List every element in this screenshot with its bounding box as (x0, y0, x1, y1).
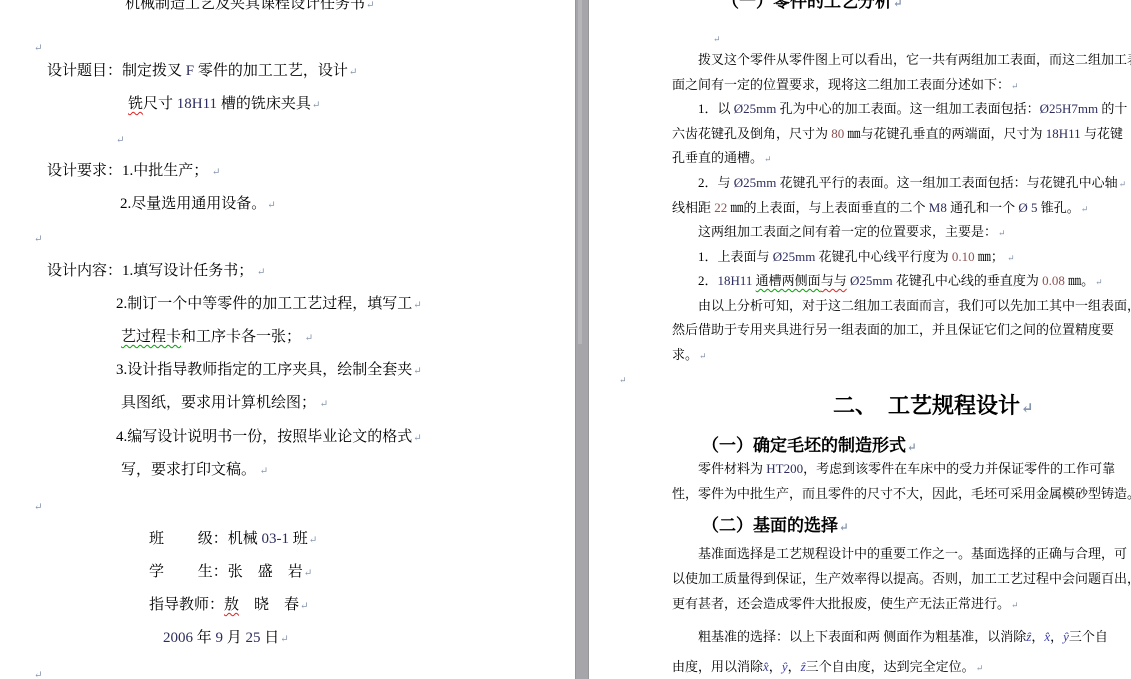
paragraph-mark-icon: ↵ (33, 502, 43, 513)
number-run: 22 (714, 200, 727, 215)
design-requirement-line-2[interactable]: 2.尽量选用通用设备。↵ (120, 195, 276, 213)
paragraph-mark-icon: ↵ (279, 634, 289, 645)
text-run: 年 (193, 630, 216, 646)
code-run: Ø25mm (734, 175, 777, 190)
text-run: 三个自 (1069, 629, 1108, 644)
code-run: 18H11 (718, 273, 753, 288)
spell-error-run: 与与 (821, 273, 847, 288)
paragraph-mark-icon: ↵ (906, 441, 917, 454)
paragraph-mark-icon: ↵ (266, 200, 276, 211)
section-heading-process-analysis[interactable]: （一）零件的工艺分析↵ (722, 0, 903, 12)
paragraph-mark-icon: ↵ (253, 267, 265, 278)
code-run: Ø25H7mm (1040, 101, 1099, 116)
text-run: 2．与 (698, 175, 734, 190)
text-run: 班 (289, 531, 308, 547)
text-run: 2.尽量选用通用设备。 (120, 196, 266, 212)
text-run: 槽的铣床夹具 (217, 96, 311, 112)
design-content-line-4[interactable]: 3.设计指导教师指定的工序夹具，绘制全套夹↵ (116, 361, 422, 379)
text-run: 花键孔中心线的垂直度为 (893, 273, 1043, 288)
paragraph-mark-icon: ↵ (1094, 277, 1102, 287)
text-run: 六齿花键孔及倒角，尺寸为 (672, 126, 831, 141)
text-run: 1．以 (698, 101, 734, 116)
design-topic-line-1[interactable]: 设计题目：制定拨叉 F 零件的加工工艺，设计↵ (47, 62, 357, 80)
text-run: 1．上表面与 (698, 249, 773, 264)
paragraph-mark-icon: ↵ (308, 535, 318, 546)
empty-paragraph[interactable]: ↵ (33, 38, 43, 56)
spell-error-run: 敖 (224, 597, 239, 613)
body-line[interactable]: 更有甚者，还会造成零件大批报废，使生产无法正常进行。↵ (672, 596, 1018, 612)
body-line[interactable]: 1．以 Ø25mm 孔为中心的加工表面。这一组加工表面包括：Ø25H7mm 的十 (698, 101, 1127, 117)
text-run: ㎜与花键孔垂直的两端面，尺寸为 (844, 126, 1046, 141)
text-run: 日 (261, 630, 280, 646)
text-run: 锥孔。 (1038, 200, 1080, 215)
text-run: 2.制订一个中等零件的加工工艺过程，填写工 (116, 296, 412, 312)
code-run: HT200 (766, 461, 803, 476)
paragraph-mark-icon: ↵ (892, 0, 903, 10)
body-line[interactable]: 这两组加工表面之间有着一定的位置要求，主要是：↵ (698, 224, 1005, 240)
code-run: 2006 (163, 630, 193, 646)
text-run: 零件材料为 (698, 461, 766, 476)
text-run: ㎜。 (1065, 273, 1094, 288)
paragraph-mark-icon: ↵ (1010, 600, 1018, 610)
advisor-line[interactable]: 指导教师：敖 晓 春↵ (149, 596, 309, 614)
text-run: 三个自由度，达到完全定位。 (806, 659, 975, 674)
body-line[interactable]: 2．18H11 通槽两侧面与与 Ø25mm 花键孔中心线的垂直度为 0.08 ㎜… (698, 273, 1103, 289)
paragraph-mark-icon: ↵ (33, 43, 43, 54)
design-content-line-2[interactable]: 2.制订一个中等零件的加工工艺过程，填写工↵ (116, 295, 422, 313)
page-left[interactable]: 机械制造工艺及夹具课程设计任务书↵ ↵ 设计题目：制定拨叉 F 零件的加工工艺，… (0, 0, 575, 679)
code-run: 25 (246, 630, 261, 646)
empty-paragraph[interactable]: ↵ (33, 229, 43, 247)
text-run: ， (769, 659, 782, 674)
design-content-line-5[interactable]: 具图纸，要求用计算机绘图； ↵ (121, 394, 328, 412)
paragraph-mark-icon: ↵ (412, 300, 422, 311)
text-run: 这两组加工表面之间有着一定的位置要求，主要是： (698, 224, 997, 239)
date-line[interactable]: 2006 年 9 月 25 日↵ (163, 629, 289, 647)
number-run: 0.08 (1042, 273, 1065, 288)
paragraph-mark-icon: ↵ (412, 433, 422, 444)
code-run: F (186, 63, 194, 79)
body-line[interactable]: 基准面选择是工艺规程设计中的重要工作之一。基面选择的正确与合理，可 (698, 546, 1127, 562)
page-gap-divider (575, 0, 589, 679)
text-run: 的十 (1098, 101, 1127, 116)
text-run: 尺寸 (143, 96, 177, 112)
paragraph-mark-icon: ↵ (1010, 81, 1018, 91)
text-run: 设计题目：制定拨叉 (47, 63, 186, 79)
paragraph-mark-icon: ↵ (256, 466, 268, 477)
text-run: 粗基准的选择：以上下表面和两 侧面作为粗基准，以消除 (698, 629, 1026, 644)
body-line[interactable]: 面之间有一定的位置要求，现将这二组加工表面分述如下：↵ (672, 77, 1018, 93)
number-run: 80 (831, 126, 844, 141)
empty-paragraph[interactable]: ↵ (33, 665, 43, 679)
body-line[interactable]: 性，零件为中批生产，而且零件的尺寸不大，因此，毛坯可采用金属模砂型铸造。↵ (672, 486, 1131, 502)
text-run: 由以上分析可知，对于这二组加工表面而言，我们可以先加工其中一组表面， (698, 298, 1131, 313)
paragraph-mark-icon: ↵ (33, 670, 43, 679)
text-run: 设计内容：1.填写设计任务书； (47, 263, 253, 279)
text-run: 和工序卡各一张； (181, 329, 301, 345)
number-run: 0.10 (952, 249, 975, 264)
text-run: 以使加工质量得到保证，生产效率得以提高。否则，加工工艺过程中会问题百出， (672, 571, 1131, 586)
body-line[interactable]: 拨叉这个零件从零件图上可以看出，它一共有两组加工表面，而这二组加工表 (698, 52, 1131, 68)
text-run: 拨叉这个零件从零件图上可以看出，它一共有两组加工表面，而这二组加工表 (698, 52, 1131, 67)
empty-paragraph[interactable]: ↵ (115, 130, 125, 148)
paragraph-mark-icon: ↵ (412, 366, 422, 377)
design-content-line-7[interactable]: 写，要求打印文稿。 ↵ (121, 461, 268, 479)
body-line[interactable]: 2．与 Ø25mm 花键孔平行的表面。这一组加工表面包括：与花键孔中心轴↵ (698, 175, 1126, 191)
paragraph-mark-icon: ↵ (698, 351, 706, 361)
paragraph-mark-icon: ↵ (763, 154, 771, 164)
body-line[interactable]: 由度，用以消除x̂，ŷ，ẑ三个自由度，达到完全定位。↵ (672, 659, 983, 675)
text-run: 求。 (672, 347, 698, 362)
code-run: Ø25mm (773, 249, 816, 264)
text-run: 花键孔平行的表面。这一组加工表面包括：与花键孔中心轴 (776, 175, 1117, 190)
grammar-error-run: 通槽两侧面 (756, 273, 821, 288)
paragraph-mark-icon: ↵ (975, 663, 983, 673)
paragraph-mark-icon: ↵ (1118, 179, 1126, 189)
paragraph-mark-icon: ↵ (712, 34, 720, 44)
paragraph-mark-icon: ↵ (311, 100, 321, 111)
body-line[interactable]: 以使加工质量得到保证，生产效率得以提高。否则，加工工艺过程中会问题百出， (672, 571, 1131, 587)
code-run: Ø25mm (734, 101, 777, 116)
code-run: 03-1 (262, 531, 290, 547)
text-run: 更有甚者，还会造成零件大批报废，使生产无法正常进行。 (672, 596, 1010, 611)
code-run: 18H11 (177, 96, 217, 112)
text-run: ， (788, 659, 801, 674)
class-line[interactable]: 班 级：机械 03-1 班↵ (149, 530, 317, 548)
text-run: ， (1031, 629, 1044, 644)
text-run: 然后借助于专用夹具进行另一组表面的加工，并且保证它们之间的位置精度要 (672, 322, 1114, 337)
paragraph-mark-icon: ↵ (1080, 204, 1088, 214)
subsection-heading-datum-selection[interactable]: （二）基面的选择↵ (702, 516, 849, 536)
body-line[interactable]: 六齿花键孔及倒角，尺寸为 80 ㎜与花键孔垂直的两端面，尺寸为 18H11 与花… (672, 126, 1123, 142)
design-content-line-1[interactable]: 设计内容：1.填写设计任务书； ↵ (47, 262, 265, 280)
student-line[interactable]: 学 生：张 盛 岩↵ (149, 563, 312, 581)
text-run: （二）基面的选择 (702, 516, 838, 535)
text-run: 3.设计指导教师指定的工序夹具，绘制全套夹 (116, 362, 412, 378)
paragraph-mark-icon: ↵ (348, 67, 358, 78)
paragraph-mark-icon: ↵ (115, 135, 125, 146)
code-run: Ø 5 (1018, 200, 1037, 215)
body-line[interactable]: 然后借助于专用夹具进行另一组表面的加工，并且保证它们之间的位置精度要 (672, 322, 1114, 338)
paragraph-mark-icon: ↵ (838, 521, 849, 534)
text-run: 二、 工艺规程设计 (833, 393, 1020, 418)
empty-paragraph[interactable]: ↵ (33, 497, 43, 515)
code-run: M8 (929, 200, 947, 215)
body-line[interactable]: 线相距 22 ㎜的上表面，与上表面垂直的二个 M8 通孔和一个 Ø 5 锥孔。↵ (672, 200, 1088, 216)
paragraph-mark-icon: ↵ (299, 601, 309, 612)
code-run: Ø25mm (850, 273, 893, 288)
text-run: 4.编写设计说明书一份，按照毕业论文的格式 (116, 429, 412, 445)
spell-error-run: 铣 (128, 96, 143, 112)
text-run: 孔为中心的加工表面。这一组加工表面包括： (776, 101, 1039, 116)
paragraph-mark-icon: ↵ (208, 167, 220, 178)
text-run: 学 生：张 盛 岩 (149, 564, 303, 580)
text-run: 花键孔中心线平行度为 (815, 249, 952, 264)
paragraph-mark-icon: ↵ (1020, 401, 1034, 417)
design-requirement-line-1[interactable]: 设计要求：1.中批生产； ↵ (47, 162, 220, 180)
body-line[interactable]: 孔垂直的通槽。↵ (672, 150, 771, 166)
code-run: 18H11 (1046, 126, 1081, 141)
paragraph-mark-icon: ↵ (365, 0, 375, 11)
document-view: 机械制造工艺及夹具课程设计任务书↵ ↵ 设计题目：制定拨叉 F 零件的加工工艺，… (0, 0, 1131, 679)
paragraph-mark-icon: ↵ (997, 228, 1005, 238)
design-topic-line-2[interactable]: 铣尺寸 18H11 槽的铣床夹具↵ (128, 95, 320, 113)
text-run: 晓 春 (239, 597, 299, 613)
text-run: 由度，用以消除 (672, 659, 763, 674)
text-run: 线相距 (672, 200, 714, 215)
text-run: ㎜的上表面，与上表面垂直的二个 (727, 200, 929, 215)
text-run: 通孔和一个 (947, 200, 1019, 215)
text-run: 2． (698, 273, 718, 288)
text-run: ㎜； (975, 249, 1004, 264)
text-run: 月 (223, 630, 246, 646)
empty-paragraph[interactable]: ↵ (712, 30, 720, 46)
text-run: 面之间有一定的位置要求，现将这二组加工表面分述如下： (672, 77, 1010, 92)
paragraph-mark-icon: ↵ (301, 333, 313, 344)
text-run: 机械制造工艺及夹具课程设计任务书 (125, 0, 365, 12)
body-line[interactable]: 1．上表面与 Ø25mm 花键孔中心线平行度为 0.10 ㎜； ↵ (698, 249, 1015, 265)
paragraph-mark-icon: ↵ (33, 234, 43, 245)
paragraph-mark-icon: ↵ (618, 375, 626, 385)
paragraph-mark-icon: ↵ (1004, 253, 1015, 263)
text-run: 性，零件为中批生产，而且零件的尺寸不大，因此，毛坯可采用金属模砂型铸造。 (672, 486, 1131, 501)
empty-paragraph[interactable]: ↵ (618, 371, 626, 387)
text-run: 班 级：机械 (149, 531, 262, 547)
page-gap-highlight (578, 0, 582, 344)
chapter-heading-process-design[interactable]: 二、 工艺规程设计↵ (833, 393, 1034, 419)
body-line[interactable]: 由以上分析可知，对于这二组加工表面而言，我们可以先加工其中一组表面， (698, 298, 1131, 314)
design-content-line-3[interactable]: 艺过程卡和工序卡各一张； ↵ (121, 328, 313, 346)
doc-title[interactable]: 机械制造工艺及夹具课程设计任务书↵ (125, 0, 375, 13)
text-run: ， (1050, 629, 1063, 644)
body-line[interactable]: 零件材料为 HT200，考虑到该零件在车床中的受力并保证零件的工作可靠 (698, 461, 1115, 477)
text-run: 具图纸，要求用计算机绘图； (121, 395, 316, 411)
design-content-line-6[interactable]: 4.编写设计说明书一份，按照毕业论文的格式↵ (116, 428, 422, 446)
page-right[interactable]: （一）零件的工艺分析↵ ↵ 拨叉这个零件从零件图上可以看出，它一共有两组加工表面… (589, 0, 1131, 679)
text-run: 指导教师： (149, 597, 224, 613)
code-run: 9 (216, 630, 224, 646)
text-run: 设计要求：1.中批生产； (47, 163, 208, 179)
text-run: （一）确定毛坯的制造形式 (702, 436, 906, 455)
paragraph-mark-icon: ↵ (316, 399, 328, 410)
text-run: 孔垂直的通槽。 (672, 150, 763, 165)
paragraph-mark-icon: ↵ (303, 568, 313, 579)
text-run: 基准面选择是工艺规程设计中的重要工作之一。基面选择的正确与合理，可 (698, 546, 1127, 561)
text-run: 零件的加工工艺，设计 (194, 63, 348, 79)
text-run: ，考虑到该零件在车床中的受力并保证零件的工作可靠 (803, 461, 1115, 476)
text-run: 与花键 (1081, 126, 1123, 141)
text-run: （一）零件的工艺分析 (722, 0, 892, 11)
body-line[interactable]: 求。↵ (672, 347, 706, 363)
text-run: 写，要求打印文稿。 (121, 462, 256, 478)
grammar-error-run: 艺过程卡 (121, 329, 181, 345)
body-line[interactable]: 粗基准的选择：以上下表面和两 侧面作为粗基准，以消除ẑ，x̂，ŷ三个自 (698, 629, 1108, 645)
subsection-heading-blank-form[interactable]: （一）确定毛坯的制造形式↵ (702, 436, 917, 456)
